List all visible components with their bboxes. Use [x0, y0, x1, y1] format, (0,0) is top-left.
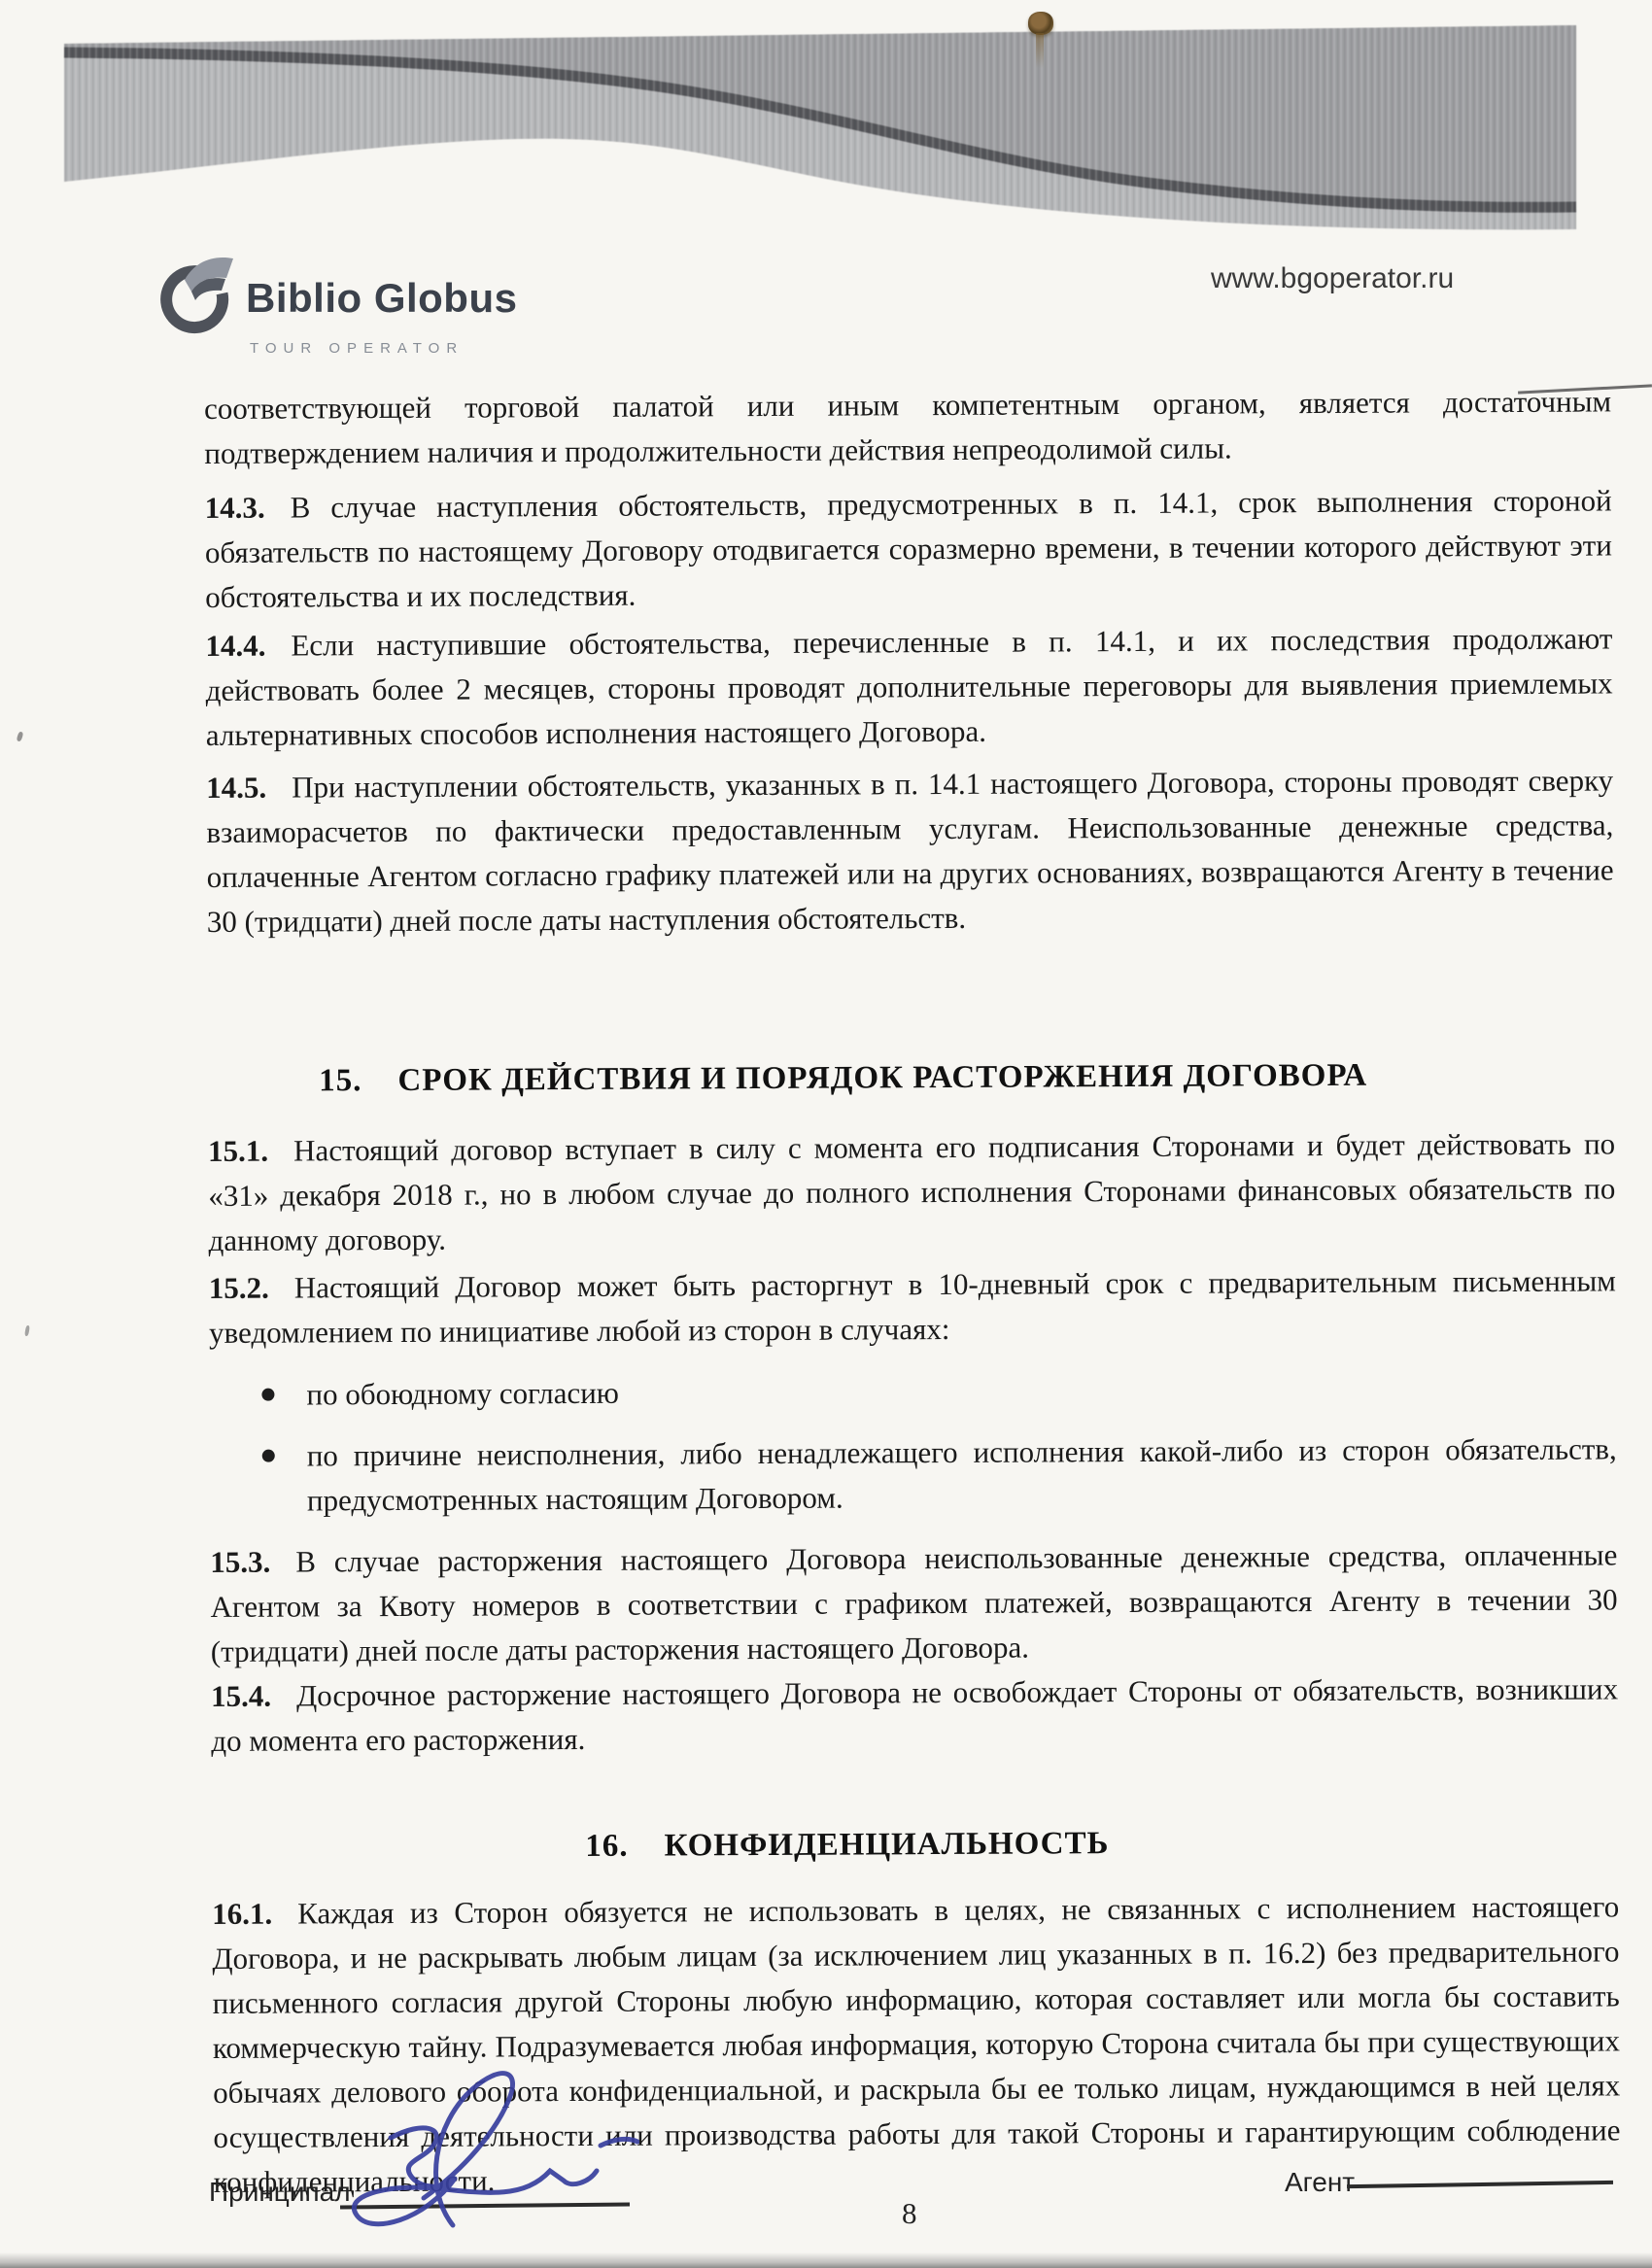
principal-signature-ink [309, 2052, 639, 2247]
contract-body: соответствующей торговой палатой или ины… [204, 379, 1621, 2205]
clause-number: 14.4. [205, 629, 265, 663]
clause-14-3: 14.3.В случае наступления обстоятельств,… [205, 478, 1613, 620]
page-number: 8 [902, 2196, 917, 2231]
clause-15-1: 15.1.Настоящий договор вступает в силу с… [208, 1121, 1616, 1263]
clause-text: В случае расторжения настоящего Договора… [210, 1537, 1617, 1668]
list-item: по обоюдному согласию [306, 1365, 1616, 1417]
clause-15-4: 15.4.Досрочное расторжение настоящего До… [211, 1667, 1618, 1764]
clause-15-3: 15.3.В случае расторжения настоящего Дог… [210, 1532, 1618, 1674]
staple-mark [1028, 12, 1053, 35]
clause-15-2: 15.2.Настоящий Договор может быть растор… [209, 1258, 1616, 1356]
scanned-contract-page: Biblio Globus TOUR OPERATOR www.bgoperat… [0, 0, 1652, 2268]
clause-14-5: 14.5.При наступлении обстоятельств, указ… [206, 758, 1614, 945]
biblio-globus-logo-icon [155, 255, 237, 336]
clause-text: Досрочное расторжение настоящего Договор… [211, 1671, 1618, 1758]
section-number: 15. [319, 1063, 361, 1098]
section-title: СРОК ДЕЙСТВИЯ И ПОРЯДОК РАСТОРЖЕНИЯ ДОГО… [397, 1058, 1367, 1098]
brand-name: Biblio Globus [246, 275, 517, 322]
intro-paragraph: соответствующей торговой палатой или ины… [204, 379, 1611, 476]
banner-wave-graphic [0, 0, 1652, 238]
termination-cases-list: по обоюдному согласию по причине неиспол… [209, 1365, 1617, 1524]
scan-speck [17, 731, 24, 741]
list-item: по причине неисполнения, либо ненадлежащ… [307, 1426, 1617, 1523]
clause-number: 15.2. [209, 1271, 269, 1305]
scan-speck [24, 1325, 30, 1337]
clause-text: Настоящий договор вступает в силу с моме… [208, 1126, 1615, 1257]
clause-14-4: 14.4.Если наступившие обстоятельства, пе… [205, 616, 1613, 758]
clause-number: 16.1. [212, 1897, 272, 1931]
website-url: www.bgoperator.ru [1211, 262, 1454, 295]
clause-number: 14.5. [206, 771, 266, 805]
clause-number: 15.1. [208, 1134, 268, 1168]
clause-number: 15.3. [210, 1545, 270, 1579]
clause-text: Если наступившие обстоятельства, перечис… [206, 621, 1613, 752]
clause-number: 14.3. [205, 491, 265, 525]
section-title: КОНФИДЕНЦИАЛЬНОСТЬ [664, 1826, 1109, 1863]
clause-text: В случае наступления обстоятельств, пред… [205, 483, 1612, 614]
brand-subtitle: TOUR OPERATOR [250, 340, 464, 357]
clause-text: При наступлении обстоятельств, указанных… [206, 763, 1613, 939]
section-15-heading: 15. СРОК ДЕЙСТВИЯ И ПОРЯДОК РАСТОРЖЕНИЯ … [208, 1050, 1479, 1106]
scan-bottom-shadow [0, 2252, 1652, 2268]
header-banner-graphic [0, 0, 1652, 238]
clause-number: 15.4. [211, 1679, 271, 1713]
section-16-heading: 16. КОНФИДЕНЦИАЛЬНОСТЬ [212, 1817, 1483, 1873]
staple-rust-streak [1036, 33, 1044, 68]
clause-text: Настоящий Договор может быть расторгнут … [209, 1263, 1616, 1350]
section-number: 16. [585, 1829, 628, 1864]
agent-label: Агент [1285, 2167, 1355, 2198]
